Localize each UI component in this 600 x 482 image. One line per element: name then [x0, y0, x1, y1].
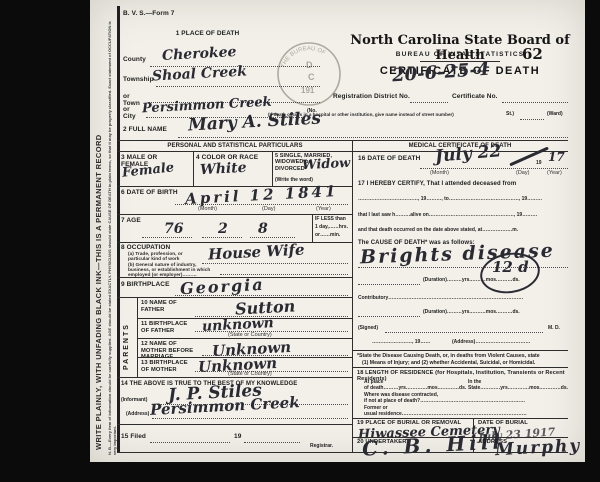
certify-line-2: ………………………………, 19………, to……………………………………, 1…: [358, 196, 568, 202]
dod-line: [420, 167, 568, 169]
age-days-value: 8: [258, 221, 268, 237]
certificate-paper: WRITE PLAINLY, WITH UNFADING BLACK INK—T…: [90, 0, 585, 462]
signed-line: [385, 331, 543, 333]
residence-contracted-2: if not at place of death?…………………………………………: [364, 398, 568, 404]
age-days-line: [250, 236, 295, 238]
filed-year-line: [244, 441, 300, 443]
county-label: County: [123, 56, 146, 63]
rule-after-age: [117, 242, 352, 243]
dod-19-printed: 19: [536, 160, 542, 166]
duration2-lead-line: [358, 315, 420, 317]
certify-line-3: that I last saw h………alive on…………………………………: [358, 212, 568, 218]
sex-race-divider: [193, 151, 194, 186]
marital-value: Widow: [302, 156, 351, 174]
dob-year-sub: (Year): [316, 206, 331, 212]
duration-lead-line: [358, 283, 420, 285]
rule-after-dob: [117, 214, 352, 215]
filed-date-line: [150, 441, 230, 443]
scanned-death-certificate: WRITE PLAINLY, WITH UNFADING BLACK INK—T…: [0, 0, 600, 482]
burial-date-label: DATE OF BURIAL: [478, 420, 528, 427]
rule-after-footnote: [352, 367, 568, 368]
mother-birthplace-label: 13 BIRTHPLACE OF MOTHER: [141, 360, 196, 373]
parents-label: PARENTS: [123, 308, 130, 370]
residence-label: 18 LENGTH OF RESIDENCE (for Hospitals, I…: [357, 370, 569, 383]
certify-line-4: and that death occurred on the date abov…: [358, 227, 568, 233]
certify-line-1: 17 I HEREBY CERTIFY, That I attended dec…: [358, 181, 568, 188]
race-value: White: [200, 160, 247, 178]
informant-label: (Informant): [121, 397, 147, 403]
age-ifless-3: or……min.: [315, 232, 340, 238]
age-years-line: [142, 236, 192, 238]
margin-instruction-primary: WRITE PLAINLY, WITH UNFADING BLACK INK—T…: [94, 20, 103, 450]
form-left-rule: [117, 6, 120, 453]
reg-district-label: Registration District No.: [333, 93, 410, 100]
age-months-value: 2: [218, 221, 228, 237]
place-of-death-title: 1 PLACE OF DEATH: [130, 30, 285, 37]
form-number: B. V. S.—Form 7: [123, 10, 174, 17]
birthplace-label: 9 BIRTHPLACE: [121, 281, 170, 288]
parents-divider: [137, 297, 138, 377]
dod-year-sub: (Year): [547, 170, 562, 176]
race-marital-divider: [272, 151, 273, 186]
duration-label: (Duration)………yrs.………mos.………ds.: [423, 277, 520, 283]
occupation-line-b: [220, 273, 348, 275]
md-label: M. D.: [548, 325, 560, 331]
rule-after-attest: [117, 424, 352, 425]
occupation-line-a: [202, 262, 348, 264]
occupation-sub-b: (b) General nature of industry, business…: [128, 263, 218, 278]
sign-address-label: (Address)……………………………: [452, 339, 530, 345]
svg-text:191: 191: [301, 86, 315, 95]
filed-label: 15 Filed: [121, 433, 146, 440]
file-number: 62: [522, 45, 543, 63]
ward-label: (Ward): [547, 111, 563, 117]
date-of-death-value: July 22: [434, 141, 502, 167]
dob-label: 6 DATE OF BIRTH: [121, 189, 178, 196]
marital-note: (Write the word): [275, 177, 313, 183]
certificate-no-line: [502, 101, 568, 103]
city-label: or City: [123, 106, 143, 121]
rule-before-burial: [352, 418, 568, 419]
township-label: Township: [123, 76, 154, 83]
duration-value: 12 d: [492, 258, 529, 276]
dod-month-sub: (Month): [430, 170, 449, 176]
rule-before-footnote: [352, 350, 568, 351]
residence-instate-2: State…………yrs.…………mos.…………ds.: [468, 385, 568, 391]
full-name-label: 2 FULL NAME: [123, 126, 167, 133]
column-divider: [352, 140, 353, 452]
residence-atplace-2: of death………yrs.…………mos.…………ds.: [364, 385, 466, 391]
township-line: [156, 85, 320, 87]
rule-after-parents: [117, 377, 352, 378]
father-name-label: 10 NAME OF FATHER: [141, 300, 196, 313]
footnote-line-1: *State the Disease Causing Death, or, in…: [357, 353, 569, 359]
dob-line: [175, 203, 348, 205]
st-label: St.): [506, 111, 514, 117]
residence-former-2: usual residence…………………………………………………………………: [364, 411, 568, 417]
filed-19: 19: [234, 433, 241, 440]
margin-instruction-secondary: N. B.—Every item of information should b…: [107, 20, 117, 455]
signed-label: (Signed): [358, 325, 378, 331]
informant-address-line: [152, 417, 348, 419]
rule-after-father-bp: [137, 338, 352, 339]
age-months-line: [202, 236, 242, 238]
birthplace-line: [175, 294, 348, 296]
father-birthplace-label: 11 BIRTHPLACE OF FATHER: [141, 321, 196, 334]
dod-day-sub: (Day): [516, 170, 529, 176]
sign-date-line: ……………………, 19……: [372, 339, 430, 345]
rule-after-birthplace: [117, 297, 352, 298]
occupation-sub-a: (a) Trade, profession, or particular kin…: [128, 252, 200, 262]
duration2-label: (Duration)………yrs.………mos.………ds.: [423, 309, 520, 315]
reg-district-line: [410, 101, 448, 103]
age-years-value: 76: [164, 221, 183, 237]
ward-line: [520, 118, 544, 120]
age-label: 7 AGE: [121, 217, 141, 224]
occupation-label: 8 OCCUPATION: [121, 244, 170, 251]
dob-day-sub: (Day): [262, 206, 275, 212]
registrar-label: Registrar.: [310, 443, 333, 449]
age-ifless-2: 1 day,……hrs.: [315, 224, 348, 230]
full-name-line: [178, 136, 568, 138]
undertaker-address-value: Murphy: [495, 436, 582, 460]
svg-text:C: C: [308, 72, 315, 82]
footnote-line-2: (1) Means of Injury; and (2) whether Acc…: [362, 360, 574, 366]
date-of-death-label: 16 DATE OF DEATH: [358, 155, 420, 162]
contributory-label: Contributory………………………………………………………………………: [358, 295, 568, 301]
age-ifless-1: IF LESS than: [315, 216, 346, 222]
dob-month-sub: (Month): [198, 206, 217, 212]
county-value: Cherokee: [162, 44, 237, 64]
certificate-no-label: Certificate No.: [452, 93, 498, 100]
dod-year-value: 17: [548, 150, 565, 164]
informant-address-label: (Address): [126, 411, 149, 417]
personal-section-title: PERSONAL AND STATISTICAL PARTICULARS: [120, 143, 350, 150]
age-ifless-divider: [312, 214, 313, 242]
occupation-value: House Wife: [208, 240, 305, 263]
